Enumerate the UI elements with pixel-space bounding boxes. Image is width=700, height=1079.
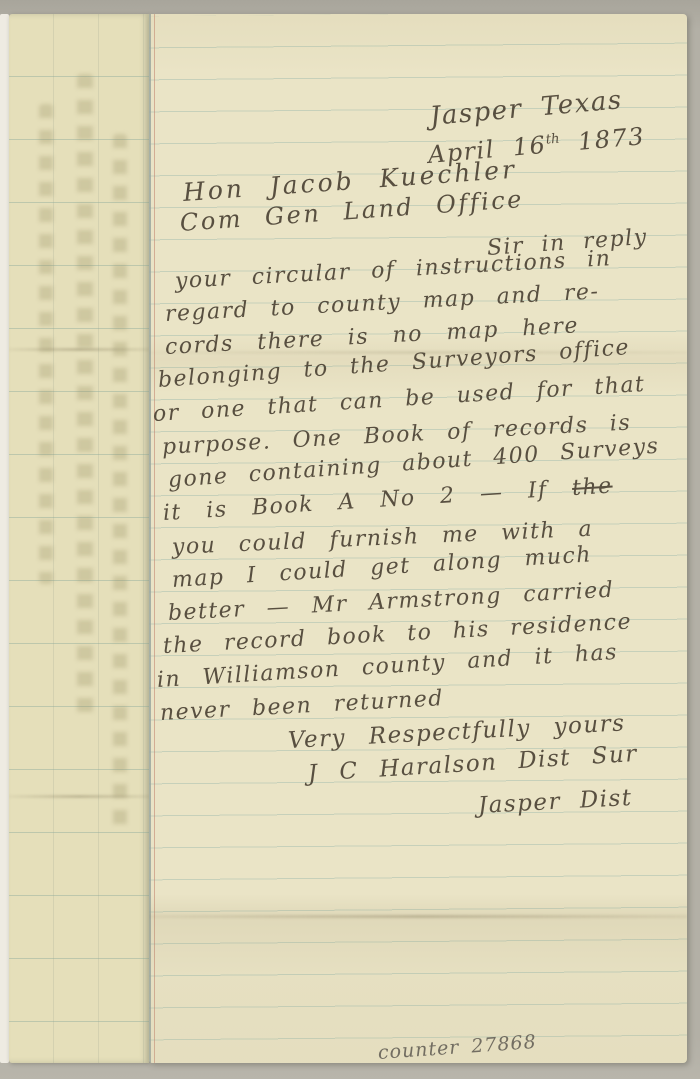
date-ordinal: th — [545, 131, 560, 147]
scanner-edge-strip — [0, 14, 9, 1063]
fold-crease — [9, 348, 149, 351]
bleed-through-marks — [39, 104, 53, 584]
fold-crease — [9, 795, 149, 798]
bleed-through-marks — [113, 134, 127, 834]
fold-crease — [149, 915, 687, 918]
scanned-letter: Jasper Texas April 16th 1873 Hon Jacob K… — [0, 0, 700, 1079]
struck-word: the — [571, 474, 613, 501]
bleed-through-marks — [77, 74, 93, 714]
backing-ledger-sheet — [9, 14, 149, 1063]
date-year: 1873 — [577, 122, 646, 156]
